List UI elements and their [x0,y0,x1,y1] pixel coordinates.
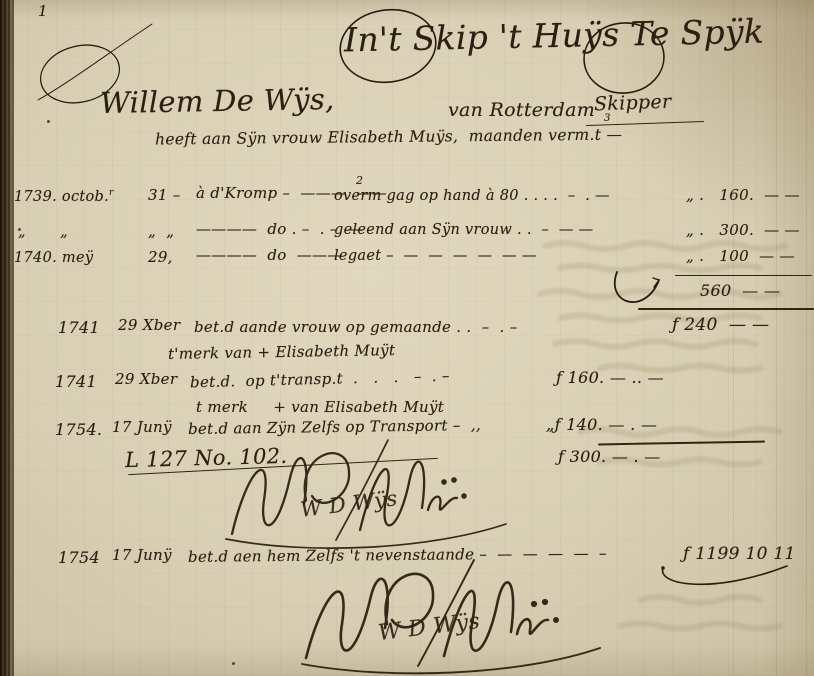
account-holder-name: Willem De Wÿs, [100,82,335,120]
entry-day: 17 Junÿ [112,418,172,436]
row-amount: „ . 300. — — [686,221,800,239]
ink-speck [18,228,21,231]
occupation-mark: 3 [604,113,611,124]
entry-date: 1741 [55,372,97,391]
entry-date: 1754 [58,548,100,567]
entry-amount-total: ƒ 300. — . — [558,447,661,466]
row-amount: „ . 100 — — [686,247,795,265]
ink-speck [47,120,50,123]
subtotal-amount: 560 — — [700,281,780,300]
row-day: 29, [148,248,173,266]
row-date-sup: r [109,188,114,198]
row-day: „ „ [148,222,174,240]
row-day: 31 – [148,186,181,204]
row-desc-sup: 2 [356,174,363,187]
entry-day: 29 Xber [118,316,180,334]
row-date-text: 1739. octob. [14,189,109,205]
row-description: geleend aan Sÿn vrouw . . – — — [334,222,593,238]
entry-date: 1741 [58,318,100,337]
row-amount: „ . 160. — — [686,186,800,204]
entry-amount: ƒ 160. — .. — [556,368,664,387]
account-holder-occupation: Skipper [594,91,672,116]
row-description: overm gag op hand à 80 . . . . – . — [334,188,610,204]
row-date: 1739. octob.r [14,188,114,205]
entry-amount: „ƒ 140. — . — [546,415,657,434]
row-description: legaet – — — — — — — [334,248,537,264]
row-date: 1740. meÿ [14,250,93,266]
entry-date: 1754. [55,420,102,439]
entry-amount: ƒ 240 — — [672,315,769,335]
manuscript-page: 1 In't Skip 't Huÿs Te Spÿk Willem De Wÿ… [0,0,814,676]
entry-day: 29 Xber [115,370,177,388]
entry-note: t merk + van Elisabeth Muÿt [196,398,444,416]
ink-speck [232,662,235,665]
row-date: „ „ [18,224,68,240]
entry-day: 17 Junÿ [112,546,172,564]
account-holder-origin: van Rotterdam [448,99,595,121]
amount-flourish [655,558,805,598]
row-reference: ———— do ——— [196,246,343,264]
entry-text: bet.d aande vrouw op gemaande . . – . – [194,318,518,336]
